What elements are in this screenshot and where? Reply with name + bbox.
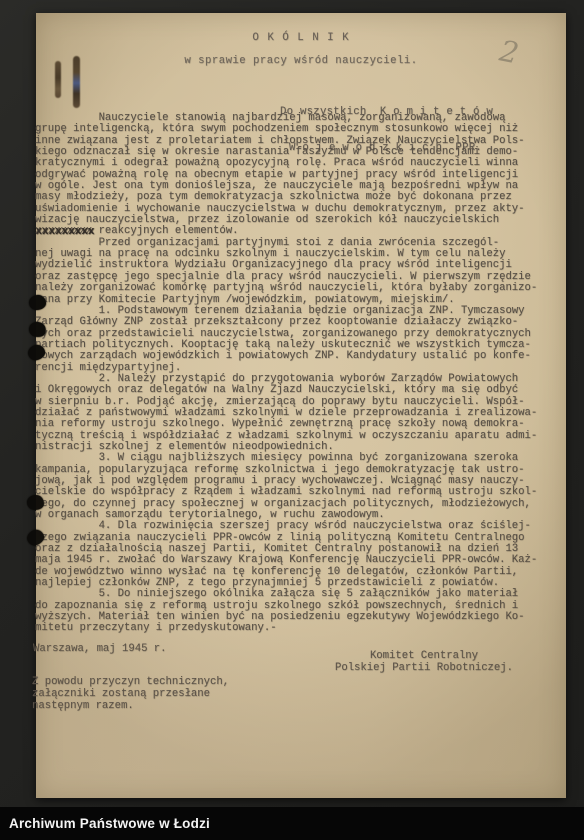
ink-mark: [55, 61, 61, 98]
document-subtitle: w sprawie pracy wśród nauczycieli.: [36, 55, 566, 67]
ink-mark: [73, 56, 80, 108]
ink-blot: [29, 295, 46, 310]
typewritten-line: należy zorganizować komórkę partyjną wśr…: [35, 283, 559, 294]
typewritten-line: grupę inteligencką, która swym pochodzen…: [35, 124, 559, 135]
typewritten-line: i Okręgowych oraz delegatów na Walny Zja…: [35, 385, 559, 396]
typewritten-line: mitetu przeczytany i przedyskutowany.-: [35, 623, 559, 634]
typewritten-line: 3. W ciągu najbliższych miesięcy powinna…: [35, 453, 559, 464]
signature-line: Polskiej Partii Robotniczej.: [306, 662, 542, 674]
overtyped-strikeout: xxxxxxxxx: [36, 227, 95, 238]
typewritten-line: następnym razem.: [32, 701, 229, 713]
archive-caption-bar: Archiwum Państwowe w Łodzi: [0, 807, 584, 840]
typewritten-line: nia reformy ustroju szkolnego. Wypełnić …: [35, 419, 559, 430]
document-page: O K Ó L N I K w sprawie pracy wśród nauc…: [36, 13, 566, 798]
scan-background: O K Ó L N I K w sprawie pracy wśród nauc…: [0, 0, 584, 840]
typewritten-line: sowych zarządach wojewódzkich i powiatow…: [35, 351, 559, 362]
signature-line: Komitet Centralny: [306, 650, 542, 662]
document-body: xxxxxxxxx Nauczyciele stanowią najbardzi…: [35, 113, 559, 635]
document-title: O K Ó L N I K: [36, 32, 566, 44]
typewritten-line: Zarząd Główny ZNP został przekształcony …: [35, 317, 559, 328]
typewritten-line: cielskie do współpracy z Rządem i władza…: [35, 487, 559, 498]
archive-name-label: Archiwum Państwowe w Łodzi: [9, 816, 210, 831]
postscript-block: Z powodu przyczyn technicznych,załącznik…: [32, 677, 229, 713]
signature-block: Komitet Centralny Polskiej Partii Robotn…: [306, 650, 542, 674]
place-date-line: Warszawa, maj 1945 r.: [33, 643, 167, 655]
